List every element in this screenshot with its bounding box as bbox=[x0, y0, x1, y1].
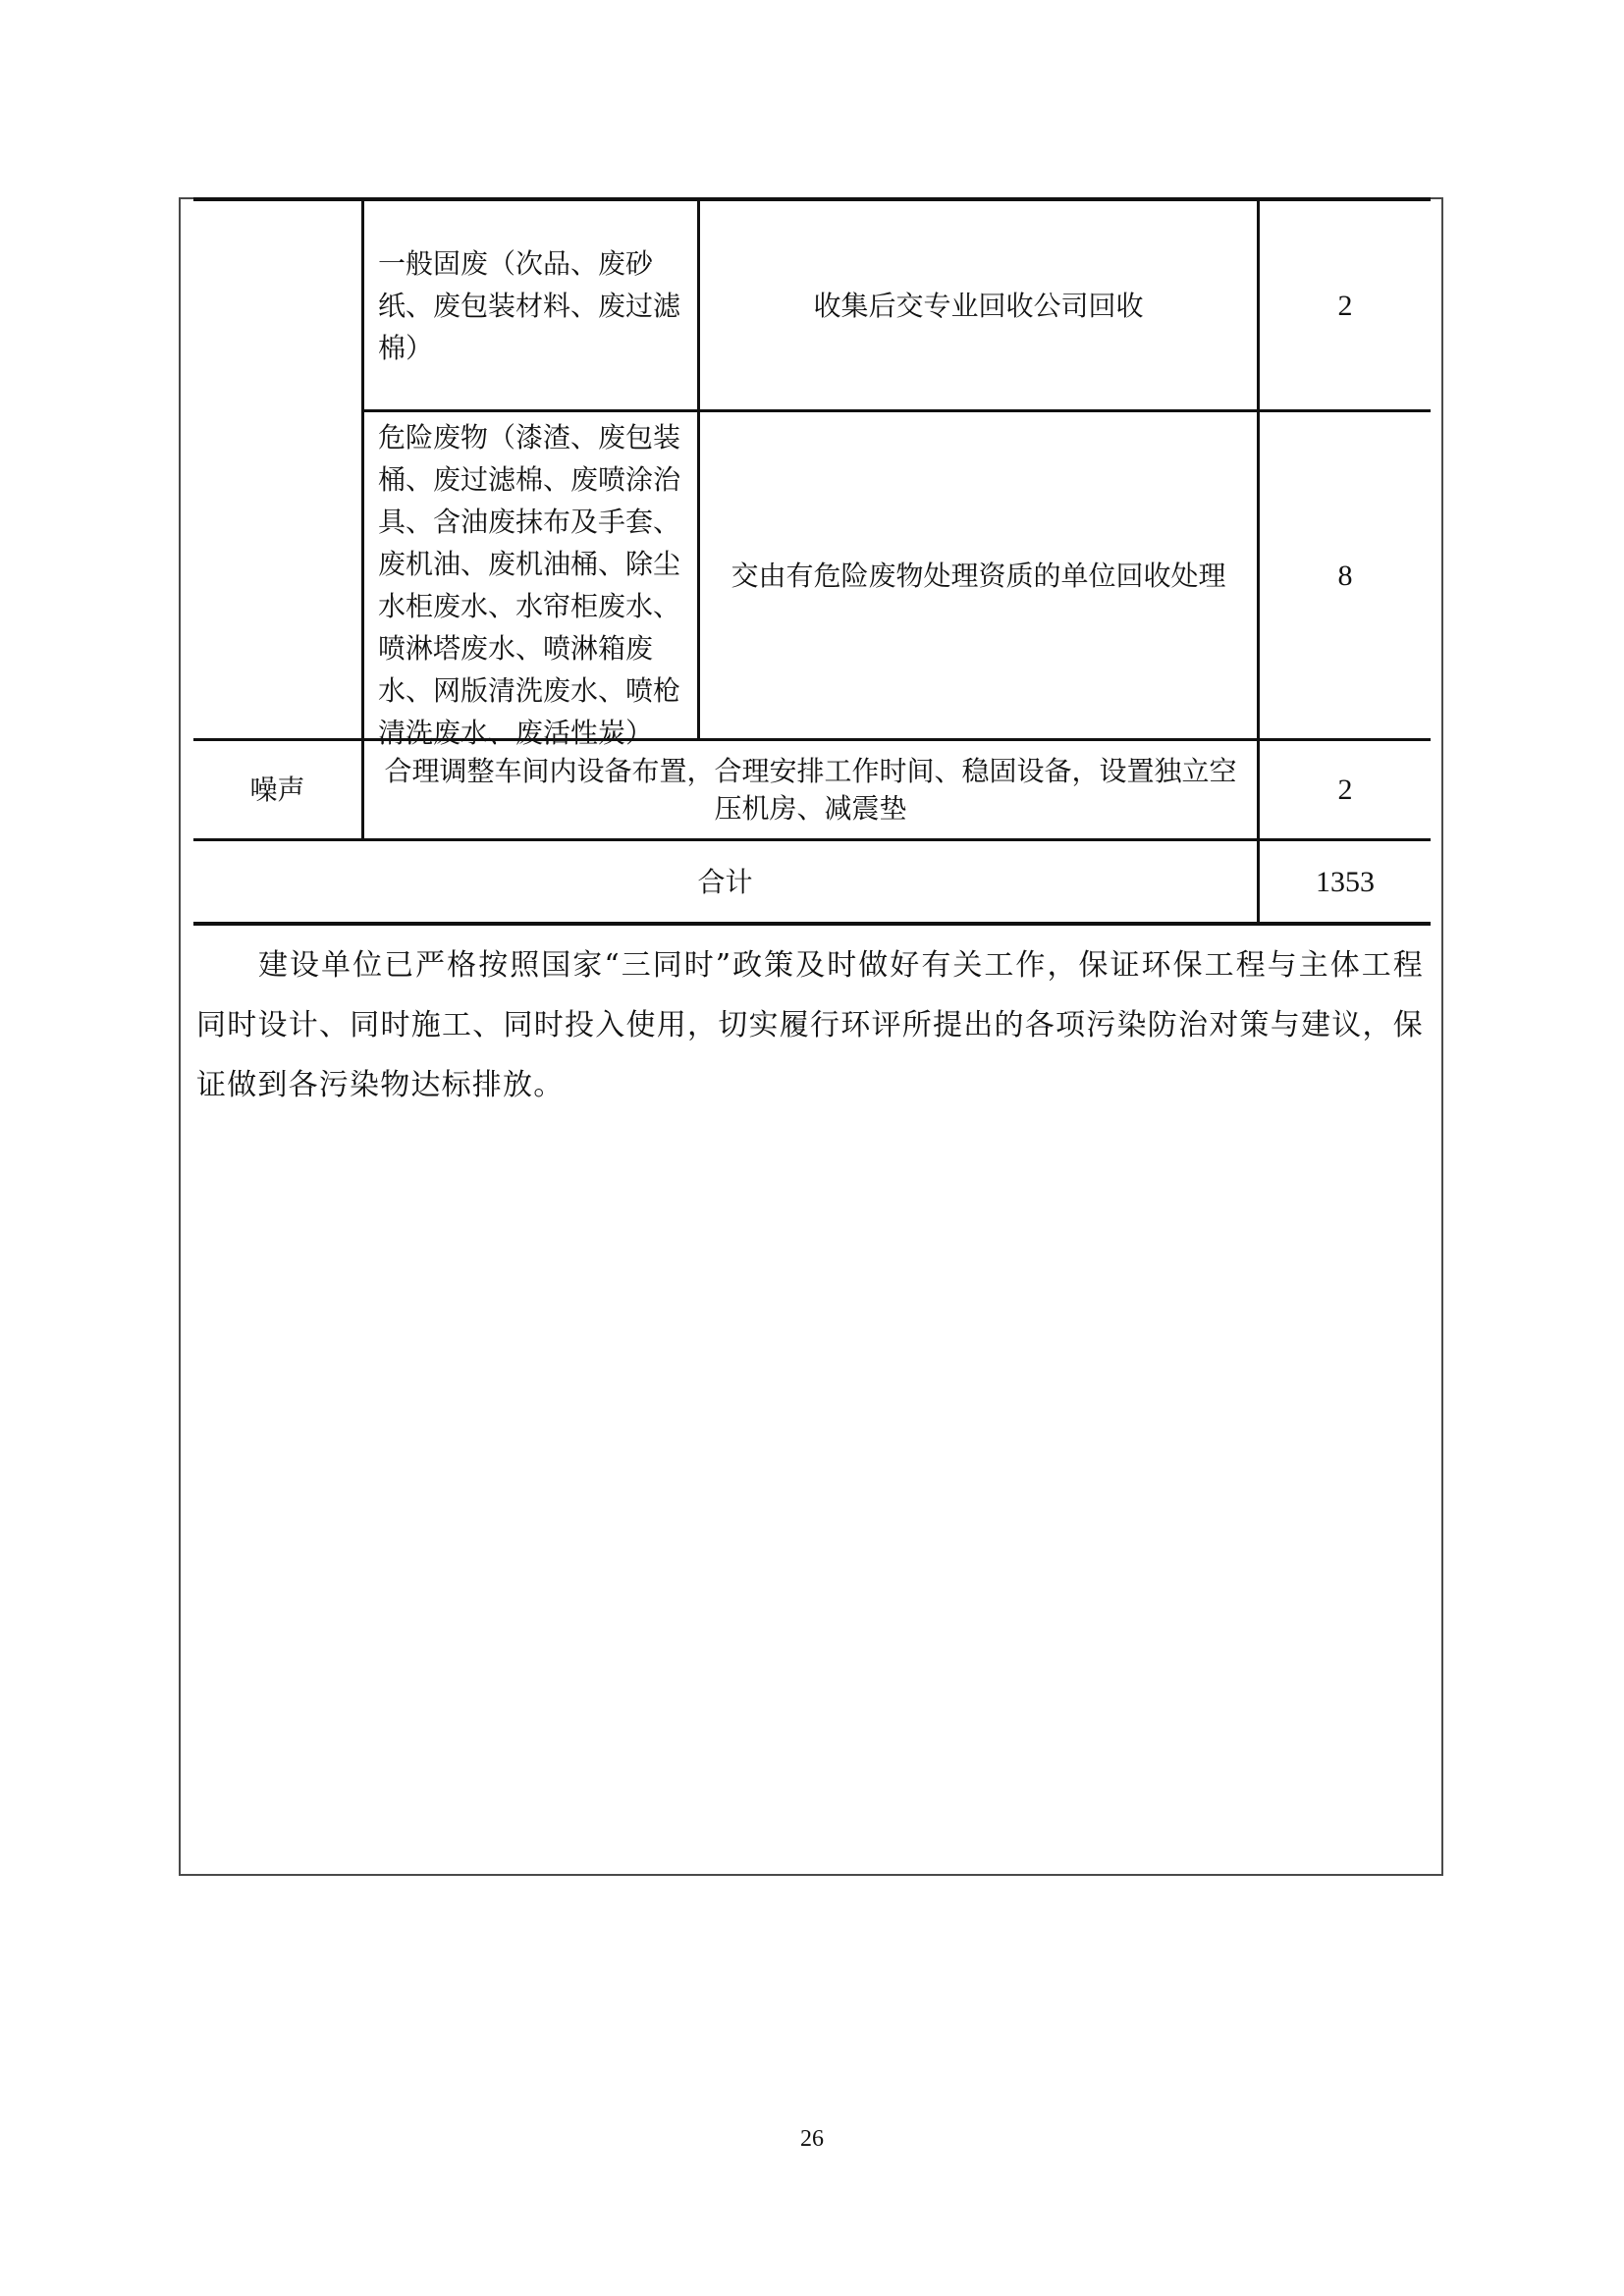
total-value: 1353 bbox=[1260, 841, 1431, 922]
table-row-measure: 合理调整车间内设备布置，合理安排工作时间、稳固设备，设置独立空压机房、减震垫 bbox=[364, 741, 1257, 838]
total-label: 合计 bbox=[193, 841, 1257, 922]
table-bottom-rule bbox=[193, 922, 1431, 926]
table-row-investment: 2 bbox=[1260, 741, 1431, 838]
body-paragraph: 建设单位已严格按照国家“三同时”政策及时做好有关工作，保证环保工程与主体工程同时… bbox=[196, 935, 1424, 1115]
page-number: 26 bbox=[0, 2126, 1624, 2153]
table-row-item: 一般固废（次品、废砂纸、废包装材料、废过滤棉） bbox=[364, 201, 697, 409]
table-row-investment: 2 bbox=[1260, 201, 1431, 409]
table-row-measure: 交由有危险废物处理资质的单位回收处理 bbox=[700, 412, 1257, 738]
table-row-item: 危险废物（漆渣、废包装桶、废过滤棉、废喷涂治具、含油废抹布及手套、废机油、废机油… bbox=[364, 412, 697, 738]
table-row-investment: 8 bbox=[1260, 412, 1431, 738]
table-row-category: 噪声 bbox=[193, 741, 361, 838]
table-row-measure: 收集后交专业回收公司回收 bbox=[700, 201, 1257, 409]
